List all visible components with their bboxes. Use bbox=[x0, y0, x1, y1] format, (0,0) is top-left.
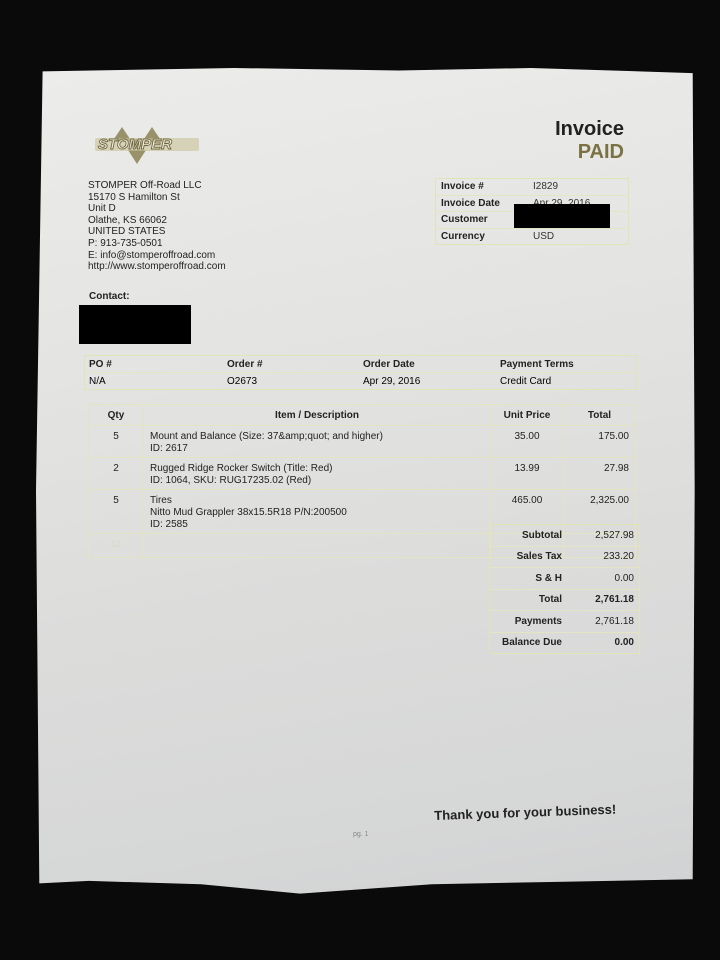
document-title: Invoice bbox=[520, 118, 624, 141]
payment-terms-header: Payment Terms bbox=[500, 359, 636, 370]
subtotal-row: Subtotal 2,527.98 bbox=[490, 525, 639, 547]
totals-table: Subtotal 2,527.98 Sales Tax 233.20 S & H… bbox=[489, 524, 640, 654]
item-unit-price: 13.99 bbox=[491, 458, 564, 490]
order-info-table: PO # Order # Order Date Payment Terms N/… bbox=[84, 355, 637, 390]
shipping-value: 0.00 bbox=[568, 573, 639, 584]
company-address-line2: Unit D bbox=[88, 203, 226, 215]
item-detail: ID: 2617 bbox=[150, 443, 490, 455]
item-total: 27.98 bbox=[564, 458, 636, 490]
empty-cell bbox=[144, 534, 491, 558]
shipping-row: S & H 0.00 bbox=[490, 568, 639, 590]
company-country: UNITED STATES bbox=[88, 226, 226, 238]
meta-row-invoice-number: Invoice # I2829 bbox=[436, 179, 628, 196]
company-email[interactable]: E: info@stomperoffroad.com bbox=[88, 250, 226, 262]
item-qty: 5 bbox=[89, 490, 144, 534]
total-header: Total bbox=[564, 405, 636, 426]
order-number-value: O2673 bbox=[227, 376, 363, 387]
order-date-header: Order Date bbox=[363, 359, 500, 370]
order-info-header: PO # Order # Order Date Payment Terms bbox=[85, 356, 636, 373]
item-title: Mount and Balance (Size: 37&amp;quot; an… bbox=[150, 431, 490, 443]
item-qty: 5 bbox=[89, 426, 144, 458]
company-website[interactable]: http://www.stomperoffroad.com bbox=[88, 261, 226, 273]
payment-terms-value: Credit Card bbox=[500, 376, 636, 387]
customer-redaction bbox=[514, 204, 610, 228]
qty-header: Qty bbox=[89, 405, 144, 426]
meta-row-currency: Currency USD bbox=[436, 229, 628, 245]
po-header: PO # bbox=[85, 359, 227, 370]
balance-due-label: Balance Due bbox=[490, 637, 568, 648]
item-description: Mount and Balance (Size: 37&amp;quot; an… bbox=[144, 426, 491, 458]
svg-text:STOMPER: STOMPER bbox=[98, 136, 172, 153]
company-address: STOMPER Off-Road LLC 15170 S Hamilton St… bbox=[88, 180, 226, 273]
subtotal-label: Subtotal bbox=[490, 530, 568, 541]
sales-tax-label: Sales Tax bbox=[490, 551, 568, 562]
total-row: Total 2,761.18 bbox=[490, 590, 639, 612]
item-unit-price: 35.00 bbox=[491, 426, 564, 458]
payments-value: 2,761.18 bbox=[568, 616, 639, 627]
order-date-value: Apr 29, 2016 bbox=[363, 376, 500, 387]
payments-row: Payments 2,761.18 bbox=[490, 611, 639, 633]
sales-tax-value: 233.20 bbox=[568, 551, 639, 562]
page-number: pg. 1 bbox=[353, 831, 369, 838]
company-name: STOMPER Off-Road LLC bbox=[88, 180, 226, 192]
order-info-values: N/A O2673 Apr 29, 2016 Credit Card bbox=[85, 373, 636, 389]
unit-price-header: Unit Price bbox=[491, 405, 564, 426]
meta-label: Invoice # bbox=[436, 181, 533, 192]
ghost-qty: 12 bbox=[89, 534, 144, 558]
item-qty: 2 bbox=[89, 458, 144, 490]
contact-label: Contact: bbox=[89, 291, 130, 302]
po-value: N/A bbox=[85, 376, 227, 387]
item-title: Rugged Ridge Rocker Switch (Title: Red) bbox=[150, 463, 490, 475]
total-label: Total bbox=[490, 594, 568, 605]
shipping-label: S & H bbox=[490, 573, 568, 584]
balance-due-value: 0.00 bbox=[568, 637, 639, 648]
subtotal-value: 2,527.98 bbox=[568, 530, 639, 541]
meta-value: USD bbox=[533, 231, 554, 242]
line-items-header: Qty Item / Description Unit Price Total bbox=[89, 405, 636, 426]
total-value: 2,761.18 bbox=[568, 594, 639, 605]
company-address-line1: 15170 S Hamilton St bbox=[88, 192, 226, 204]
paid-status: PAID bbox=[520, 141, 624, 164]
item-total: 175.00 bbox=[564, 426, 636, 458]
stomper-logo: STOMPER bbox=[92, 124, 202, 166]
description-header: Item / Description bbox=[144, 405, 491, 426]
payments-label: Payments bbox=[490, 616, 568, 627]
meta-value: I2829 bbox=[533, 181, 558, 192]
meta-label: Currency bbox=[436, 231, 533, 242]
item-description: Rugged Ridge Rocker Switch (Title: Red) … bbox=[144, 458, 491, 490]
item-detail: ID: 1064, SKU: RUG17235.02 (Red) bbox=[150, 475, 490, 487]
item-id: ID: 2585 bbox=[150, 519, 490, 531]
item-detail: Nitto Mud Grappler 38x15.5R18 P/N:200500 bbox=[150, 507, 490, 519]
item-description: Tires Nitto Mud Grappler 38x15.5R18 P/N:… bbox=[144, 490, 491, 534]
order-number-header: Order # bbox=[227, 359, 363, 370]
item-title: Tires bbox=[150, 495, 490, 507]
balance-due-row: Balance Due 0.00 bbox=[490, 633, 639, 654]
company-city: Olathe, KS 66062 bbox=[88, 215, 226, 227]
company-phone: P: 913-735-0501 bbox=[88, 238, 226, 250]
table-row: 2 Rugged Ridge Rocker Switch (Title: Red… bbox=[89, 458, 636, 490]
table-row: 5 Mount and Balance (Size: 37&amp;quot; … bbox=[89, 426, 636, 458]
sales-tax-row: Sales Tax 233.20 bbox=[490, 547, 639, 569]
contact-redaction bbox=[79, 305, 191, 344]
